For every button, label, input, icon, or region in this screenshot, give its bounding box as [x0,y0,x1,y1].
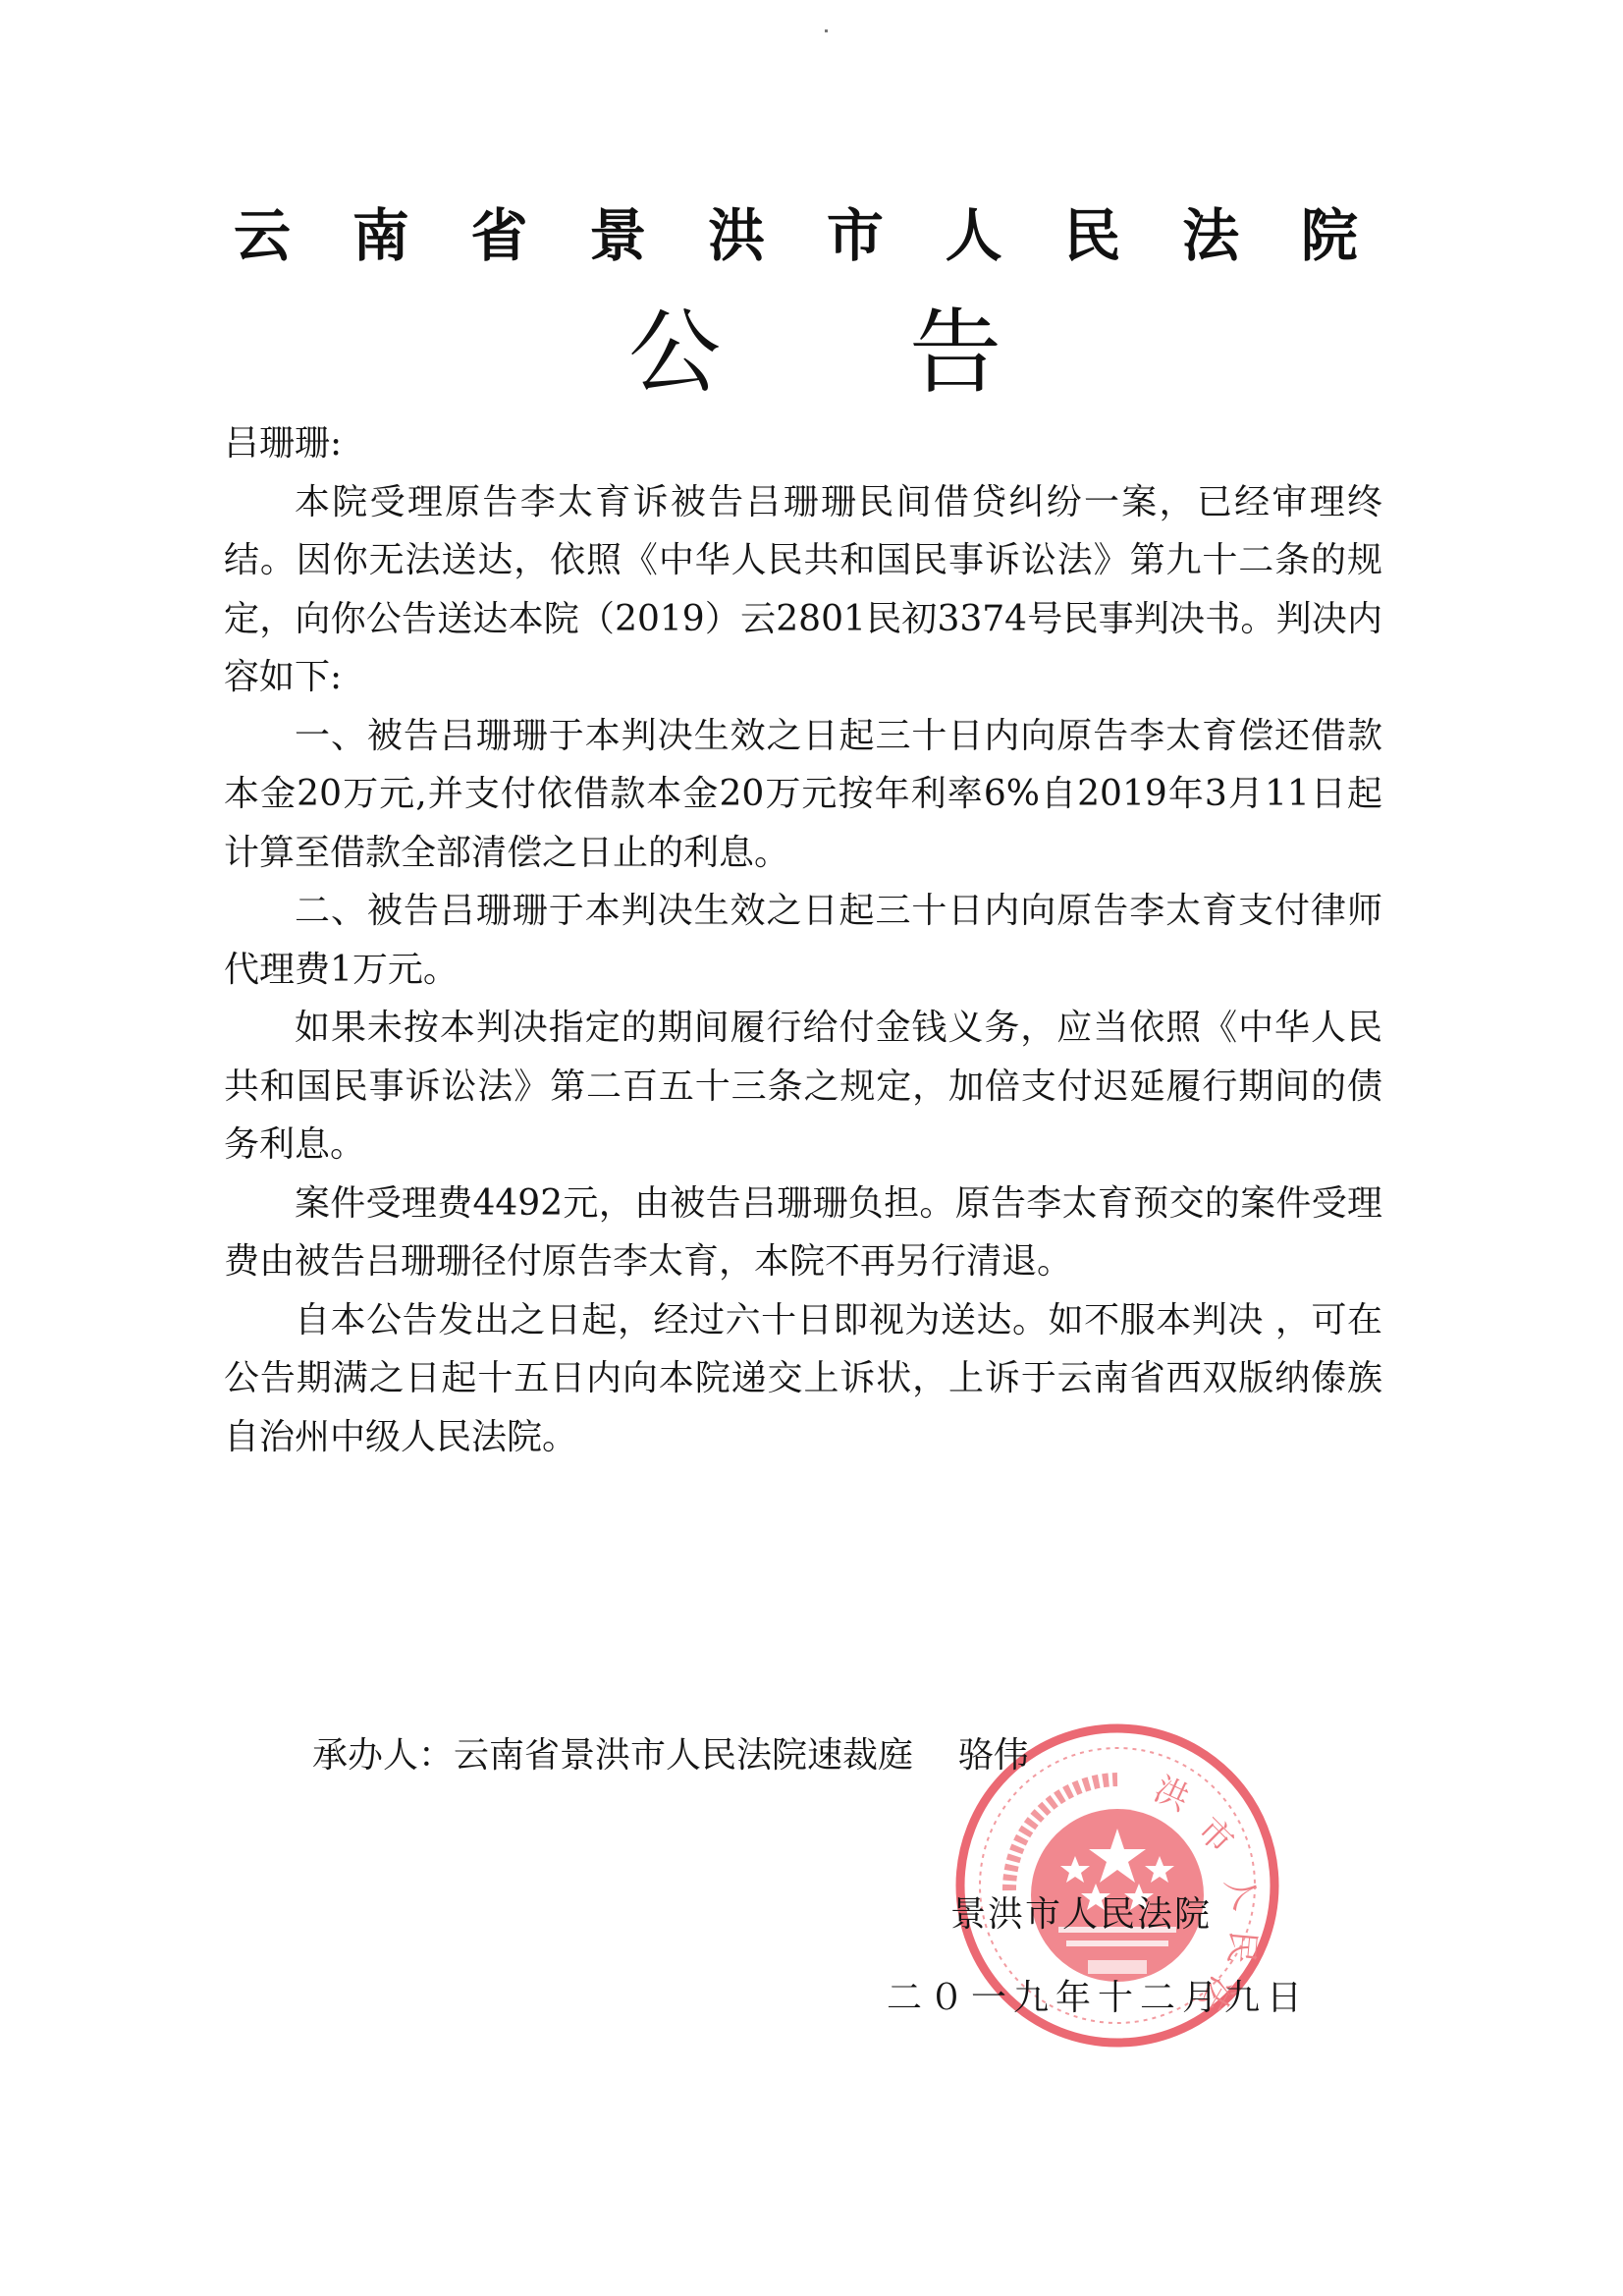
svg-text:洪: 洪 [1148,1770,1195,1820]
document-title-char: 公 [628,300,721,408]
court-name-char: 法 [1182,201,1239,270]
court-name-heading: 云 南 省 景 洪 市 人 民 法 院 [234,201,1358,270]
paragraph-late-payment: 如果未按本判决指定的期间履行给付金钱义务，应当依照《中华人民共和国民事诉讼法》第… [224,999,1382,1175]
svg-text:人: 人 [1217,1870,1266,1915]
court-name-char: 景 [589,201,646,270]
court-name-char: 云 [234,201,291,270]
paragraph-case-intro: 本院受理原告李太育诉被告吕珊珊民间借贷纠纷一案，已经审理终结。因你无法送达，依照… [224,473,1382,707]
svg-text:市: 市 [1190,1810,1241,1861]
salutation: 吕珊珊: [224,414,1382,473]
issue-date: 二０一九年十二月九日 [887,1974,1309,2023]
court-name-char: 民 [1063,201,1120,270]
paragraph-judgment-item-1: 一、被告吕珊珊于本判决生效之日起三十日内向原告李太育偿还借款本金20万元,并支付… [224,707,1382,883]
paragraph-appeal-notice: 自本公告发出之日起，经过六十日即视为送达。如不服本判决 ，可在公告期满之日起十五… [224,1291,1382,1467]
court-name-char: 人 [946,201,1002,270]
court-name-char: 省 [471,201,528,270]
court-name-char: 市 [827,201,884,270]
document-page: 云 南 省 景 洪 市 人 民 法 院 公 告 吕珊珊: 本院受理原告李太育诉被… [0,0,1623,2296]
case-handler: 承办人：云南省景洪市人民法院速裁庭 骆伟 [312,1731,1029,1780]
document-title-char: 告 [909,300,1001,408]
notice-body: 吕珊珊: 本院受理原告李太育诉被告吕珊珊民间借贷纠纷一案，已经审理终结。因你无法… [224,414,1382,1466]
court-name-char: 洪 [708,201,765,270]
issuing-court: 景洪市人民法院 [950,1890,1212,1940]
court-name-char: 院 [1301,201,1358,270]
document-title: 公 告 [628,300,1001,408]
scan-artifact [825,29,828,32]
court-name-char: 南 [352,201,409,270]
paragraph-filing-fee: 案件受理费4492元，由被告吕珊珊负担。原告李太育预交的案件受理费由被告吕珊珊径… [224,1175,1382,1291]
svg-text:民: 民 [1220,1929,1263,1965]
paragraph-judgment-item-2: 二、被告吕珊珊于本判决生效之日起三十日内向原告李太育支付律师代理费1万元。 [224,882,1382,999]
